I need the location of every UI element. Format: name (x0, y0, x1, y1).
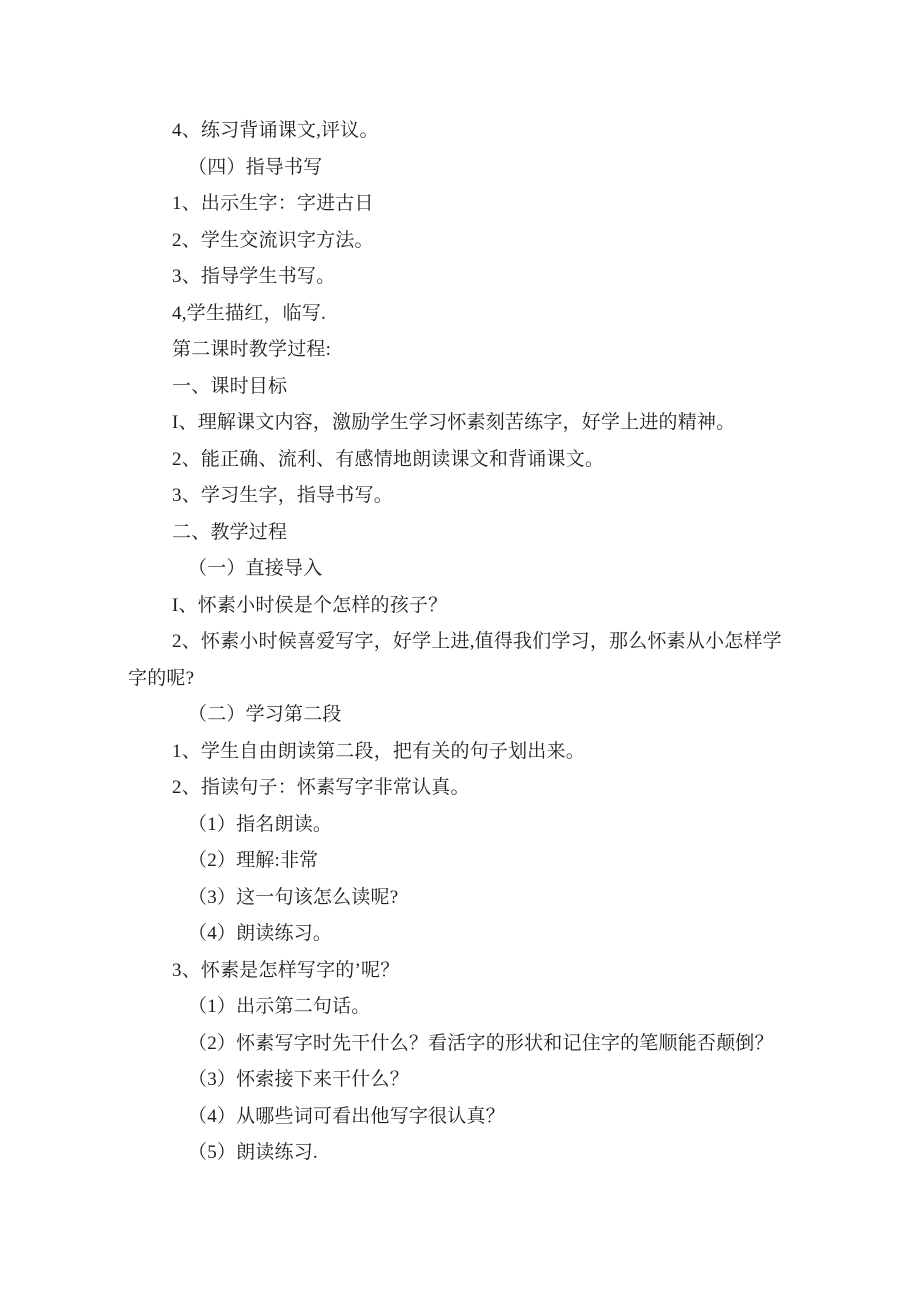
text-line: （四）指导书写 (128, 150, 850, 187)
text-line: 第二课时教学过程: (128, 332, 850, 369)
text-line: （2）怀素写字时先干什么？看活字的形状和记住字的笔顺能否颠倒？ (128, 1026, 850, 1063)
text-line: 2、学生交流识字方法。 (128, 223, 850, 260)
text-line: 一、课时目标 (128, 369, 850, 406)
document-body: 4、练习背诵课文,评议。（四）指导书写1、出示生字：字进古日2、学生交流识字方法… (128, 113, 850, 1172)
text-line: （1）指名朗读。 (128, 807, 850, 844)
text-line: （3）怀索接下来干什么？ (128, 1062, 850, 1099)
text-line: （4）朗读练习。 (128, 916, 850, 953)
text-line: （1）出示第二句话。 (128, 989, 850, 1026)
text-line: 1、出示生字：字进古日 (128, 186, 850, 223)
text-line: （二）学习第二段 (128, 697, 850, 734)
text-line: （一）直接导入 (128, 551, 850, 588)
text-line: （3）这一句该怎么读呢? (128, 880, 850, 917)
text-line: （4）从哪些词可看出他写字很认真？ (128, 1099, 850, 1136)
text-line: 2、能正确、流利、有感情地朗读课文和背诵课文。 (128, 442, 850, 479)
text-line: 3、怀素是怎样写字的’呢？ (128, 953, 850, 990)
text-line: 字的呢? (128, 661, 850, 698)
text-line: （5）朗读练习. (128, 1135, 850, 1172)
document-page: 4、练习背诵课文,评议。（四）指导书写1、出示生字：字进古日2、学生交流识字方法… (0, 0, 920, 1301)
text-line: 4,学生描红，临写. (128, 296, 850, 333)
text-line: I、理解课文内容，激励学生学习怀素刻苦练字，好学上进的精神。 (128, 405, 850, 442)
text-line: 1、学生自由朗读第二段，把有关的句子划出来。 (128, 734, 850, 771)
text-line: 2、指读句子：怀素写字非常认真。 (128, 770, 850, 807)
text-line: 2、怀素小时候喜爱写字，好学上进,值得我们学习，那么怀素从小怎样学 (128, 624, 850, 661)
text-line: 二、教学过程 (128, 515, 850, 552)
text-line: 4、练习背诵课文,评议。 (128, 113, 850, 150)
text-line: I、怀素小时侯是个怎样的孩子？ (128, 588, 850, 625)
text-line: （2）理解:非常 (128, 843, 850, 880)
text-line: 3、指导学生书写。 (128, 259, 850, 296)
text-line: 3、学习生字，指导书写。 (128, 478, 850, 515)
